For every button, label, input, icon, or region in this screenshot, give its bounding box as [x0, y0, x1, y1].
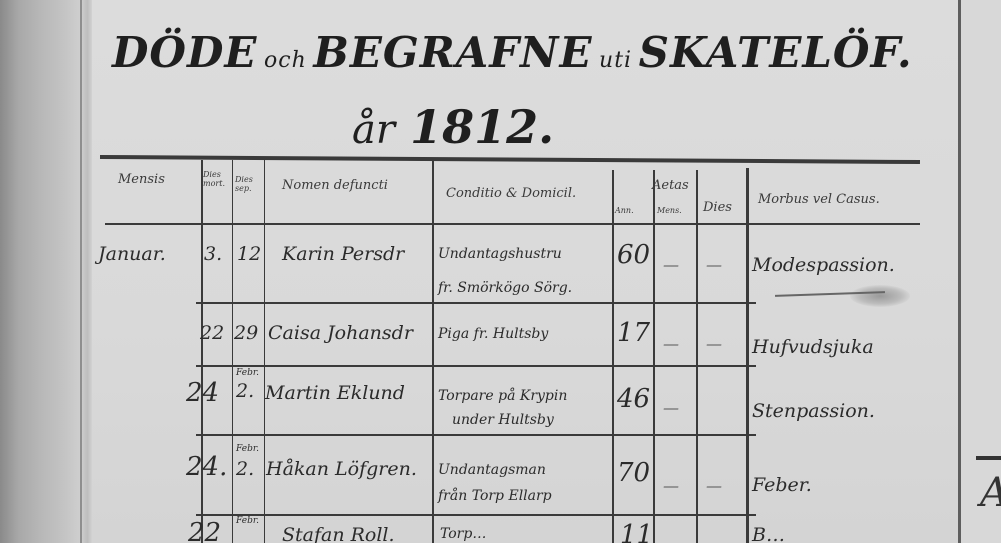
title-uti: uti [599, 48, 632, 73]
cell-conditio-1: Torp… [440, 526, 486, 542]
cell-conditio-2: från Torp Ellarp [438, 488, 552, 504]
row-4-rule [196, 514, 756, 516]
year-value: 1812. [410, 100, 554, 154]
row-1-rule [196, 302, 756, 304]
cell-mort: 22 [188, 518, 221, 543]
cell-mens: — [663, 255, 679, 274]
cell-mort: 24. [186, 452, 227, 482]
col-line-conditio [432, 160, 434, 543]
cell-conditio-2: fr. Smörkögo Sörg. [438, 280, 572, 296]
cell-ann: 60 [617, 240, 650, 270]
cell-morbus: Modespassion. [752, 254, 895, 276]
col-line-dies [696, 170, 698, 543]
col-line-ann [612, 170, 614, 543]
cell-mort: 24 [186, 378, 219, 408]
cell-dies: — [706, 334, 722, 353]
header-mensis: Mensis [118, 172, 165, 187]
header-dies-mort: Dies mort. [203, 170, 231, 188]
cell-mort: 3. [204, 243, 222, 265]
cell-ann: 17 [617, 318, 650, 348]
adjacent-page [961, 0, 1001, 543]
year-label: år [352, 107, 395, 153]
binding-edge-line [80, 0, 82, 543]
cell-conditio-1: Undantagshustru [438, 246, 562, 262]
cell-morbus: Feber. [752, 474, 812, 496]
cell-ann: 46 [617, 384, 650, 414]
header-mens: Mens. [657, 206, 682, 215]
cell-morbus: Hufvudsjuka [752, 336, 874, 358]
register-year: år 1812. [352, 100, 554, 154]
cell-dies: — [706, 476, 722, 495]
row-3-rule [196, 434, 756, 436]
cell-conditio-1: Piga fr. Hultsby [438, 326, 548, 342]
cell-morbus: Stenpassion. [752, 400, 875, 422]
cell-morbus: B… [752, 524, 785, 543]
adjacent-page-rule [976, 456, 1001, 460]
col-line-nomen [264, 160, 265, 543]
header-morbus: Morbus vel Casus. [758, 192, 880, 207]
cell-sep: 2. [236, 380, 254, 402]
book-binding [0, 0, 92, 543]
cell-sep-month: Febr. [236, 516, 259, 526]
cell-sep-month: Febr. [236, 368, 259, 378]
header-ann: Ann. [615, 206, 634, 215]
cell-sep: 29 [234, 322, 258, 344]
cell-conditio-2: under Hultsby [452, 412, 554, 428]
ink-smudge [850, 285, 910, 307]
cell-nomen: Martin Eklund [265, 382, 405, 404]
adjacent-page-letter: A [980, 470, 1001, 516]
cell-mort: 22 [200, 322, 224, 344]
title-dode: DÖDE [112, 28, 257, 77]
cell-ann: 70 [617, 458, 650, 488]
col-line-mens [653, 170, 655, 543]
header-aetas: Aetas [652, 178, 689, 193]
header-dies: Dies [703, 200, 732, 215]
cell-nomen: Karin Persdr [282, 243, 404, 265]
cell-ann: 11 [620, 520, 653, 543]
cell-mens: — [663, 334, 679, 353]
cell-nomen: Stafan Roll. [282, 524, 395, 543]
header-bottom-rule [105, 223, 920, 225]
title-och: och [264, 48, 307, 73]
title-begrafne: BEGRAFNE [313, 28, 592, 77]
cell-mens: — [663, 398, 679, 417]
cell-nomen: Håkan Löfgren. [266, 458, 417, 480]
cell-conditio-1: Undantagsman [438, 462, 546, 478]
cell-nomen: Caisa Johansdr [268, 322, 413, 344]
cell-dies: — [706, 255, 722, 274]
cell-mensis: Januar. [98, 243, 166, 265]
col-line-morbus [746, 168, 749, 543]
col-line-sep [232, 160, 233, 543]
cell-mens: — [663, 476, 679, 495]
header-nomen: Nomen defuncti [282, 178, 388, 193]
page-title: DÖDE och BEGRAFNE uti SKATELÖF. [112, 28, 913, 77]
cell-sep-month: Febr. [236, 444, 259, 454]
cell-sep: 2. [236, 458, 254, 480]
title-parish: SKATELÖF. [639, 28, 913, 77]
col-line-mort [201, 160, 203, 543]
cell-conditio-1: Torpare på Krypin [438, 388, 567, 404]
row-2-rule [196, 365, 756, 367]
cell-sep: 12 [237, 243, 261, 265]
header-conditio: Conditio & Domicil. [446, 186, 576, 201]
header-dies-sep: Dies sep. [235, 175, 263, 193]
